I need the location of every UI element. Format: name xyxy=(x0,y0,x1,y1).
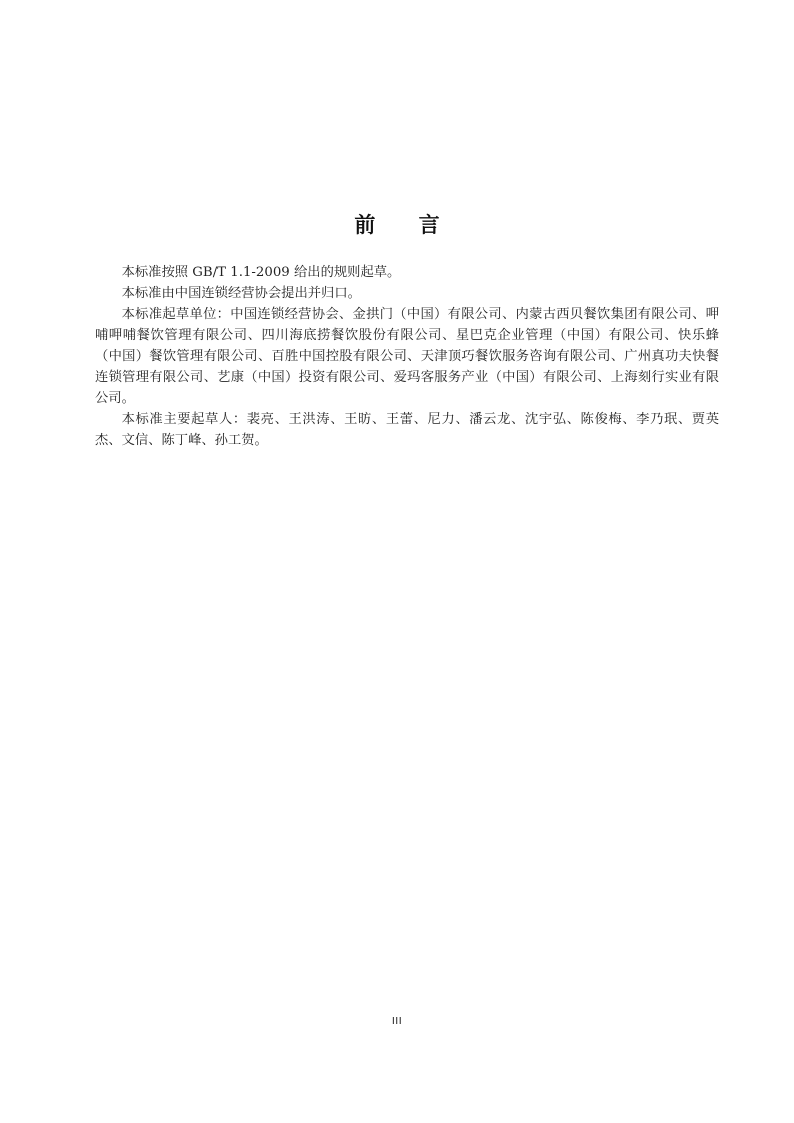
paragraph-main-drafters: 本标准主要起草人：裴亮、王洪涛、王昉、王蕾、尼力、潘云龙、沈宇弘、陈俊梅、李乃珉… xyxy=(95,409,719,451)
document-page: 前 言 本标准按照 GB/T 1.1-2009 给出的规则起草。 本标准由中国连… xyxy=(0,0,794,1123)
paragraph-drafting-rules: 本标准按照 GB/T 1.1-2009 给出的规则起草。 xyxy=(95,262,719,283)
paragraph-proposer: 本标准由中国连锁经营协会提出并归口。 xyxy=(95,283,719,304)
paragraph-drafting-units: 本标准起草单位：中国连锁经营协会、金拱门（中国）有限公司、内蒙古西贝餐饮集团有限… xyxy=(95,304,719,409)
foreword-body: 本标准按照 GB/T 1.1-2009 给出的规则起草。 本标准由中国连锁经营协… xyxy=(95,262,719,451)
page-number: III xyxy=(0,1016,794,1027)
section-title-foreword: 前 言 xyxy=(0,210,794,240)
